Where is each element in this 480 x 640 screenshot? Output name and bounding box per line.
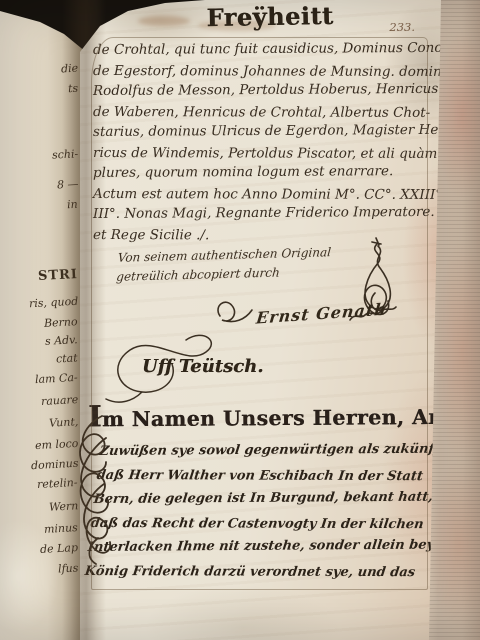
left-page-fragment: in	[67, 198, 78, 212]
ink-bleedthrough	[198, 20, 276, 31]
left-page-fragment: 8 —	[56, 177, 78, 191]
ink-bleedthrough	[138, 16, 190, 26]
left-page-fragment: STRI	[38, 267, 79, 284]
left-page-fragment: ctat	[56, 351, 78, 365]
left-page-fragment: ts	[68, 82, 79, 96]
left-page-fragment: s Adv.	[45, 333, 78, 348]
page-title: Freÿheitt	[190, 1, 350, 33]
left-page-fragment: die	[61, 62, 79, 76]
left-page-fragment: lam Ca-	[35, 371, 78, 386]
ruled-frame	[91, 37, 428, 590]
left-page-fragment: Berno	[44, 315, 78, 330]
page-number: 233.	[389, 20, 415, 34]
book-photo: die ts schi- 8 — in STRI ris, quod Berno…	[0, 0, 480, 640]
manuscript-page: Freÿheitt 233. de Crohtal, qui tunc fuit…	[80, 0, 441, 640]
left-page-fragment: schi-	[52, 147, 79, 161]
left-page-fragment: rauare	[40, 393, 78, 408]
left-page-fragment: ris, quod	[28, 295, 78, 311]
marginal-initial-flourish	[52, 410, 128, 572]
